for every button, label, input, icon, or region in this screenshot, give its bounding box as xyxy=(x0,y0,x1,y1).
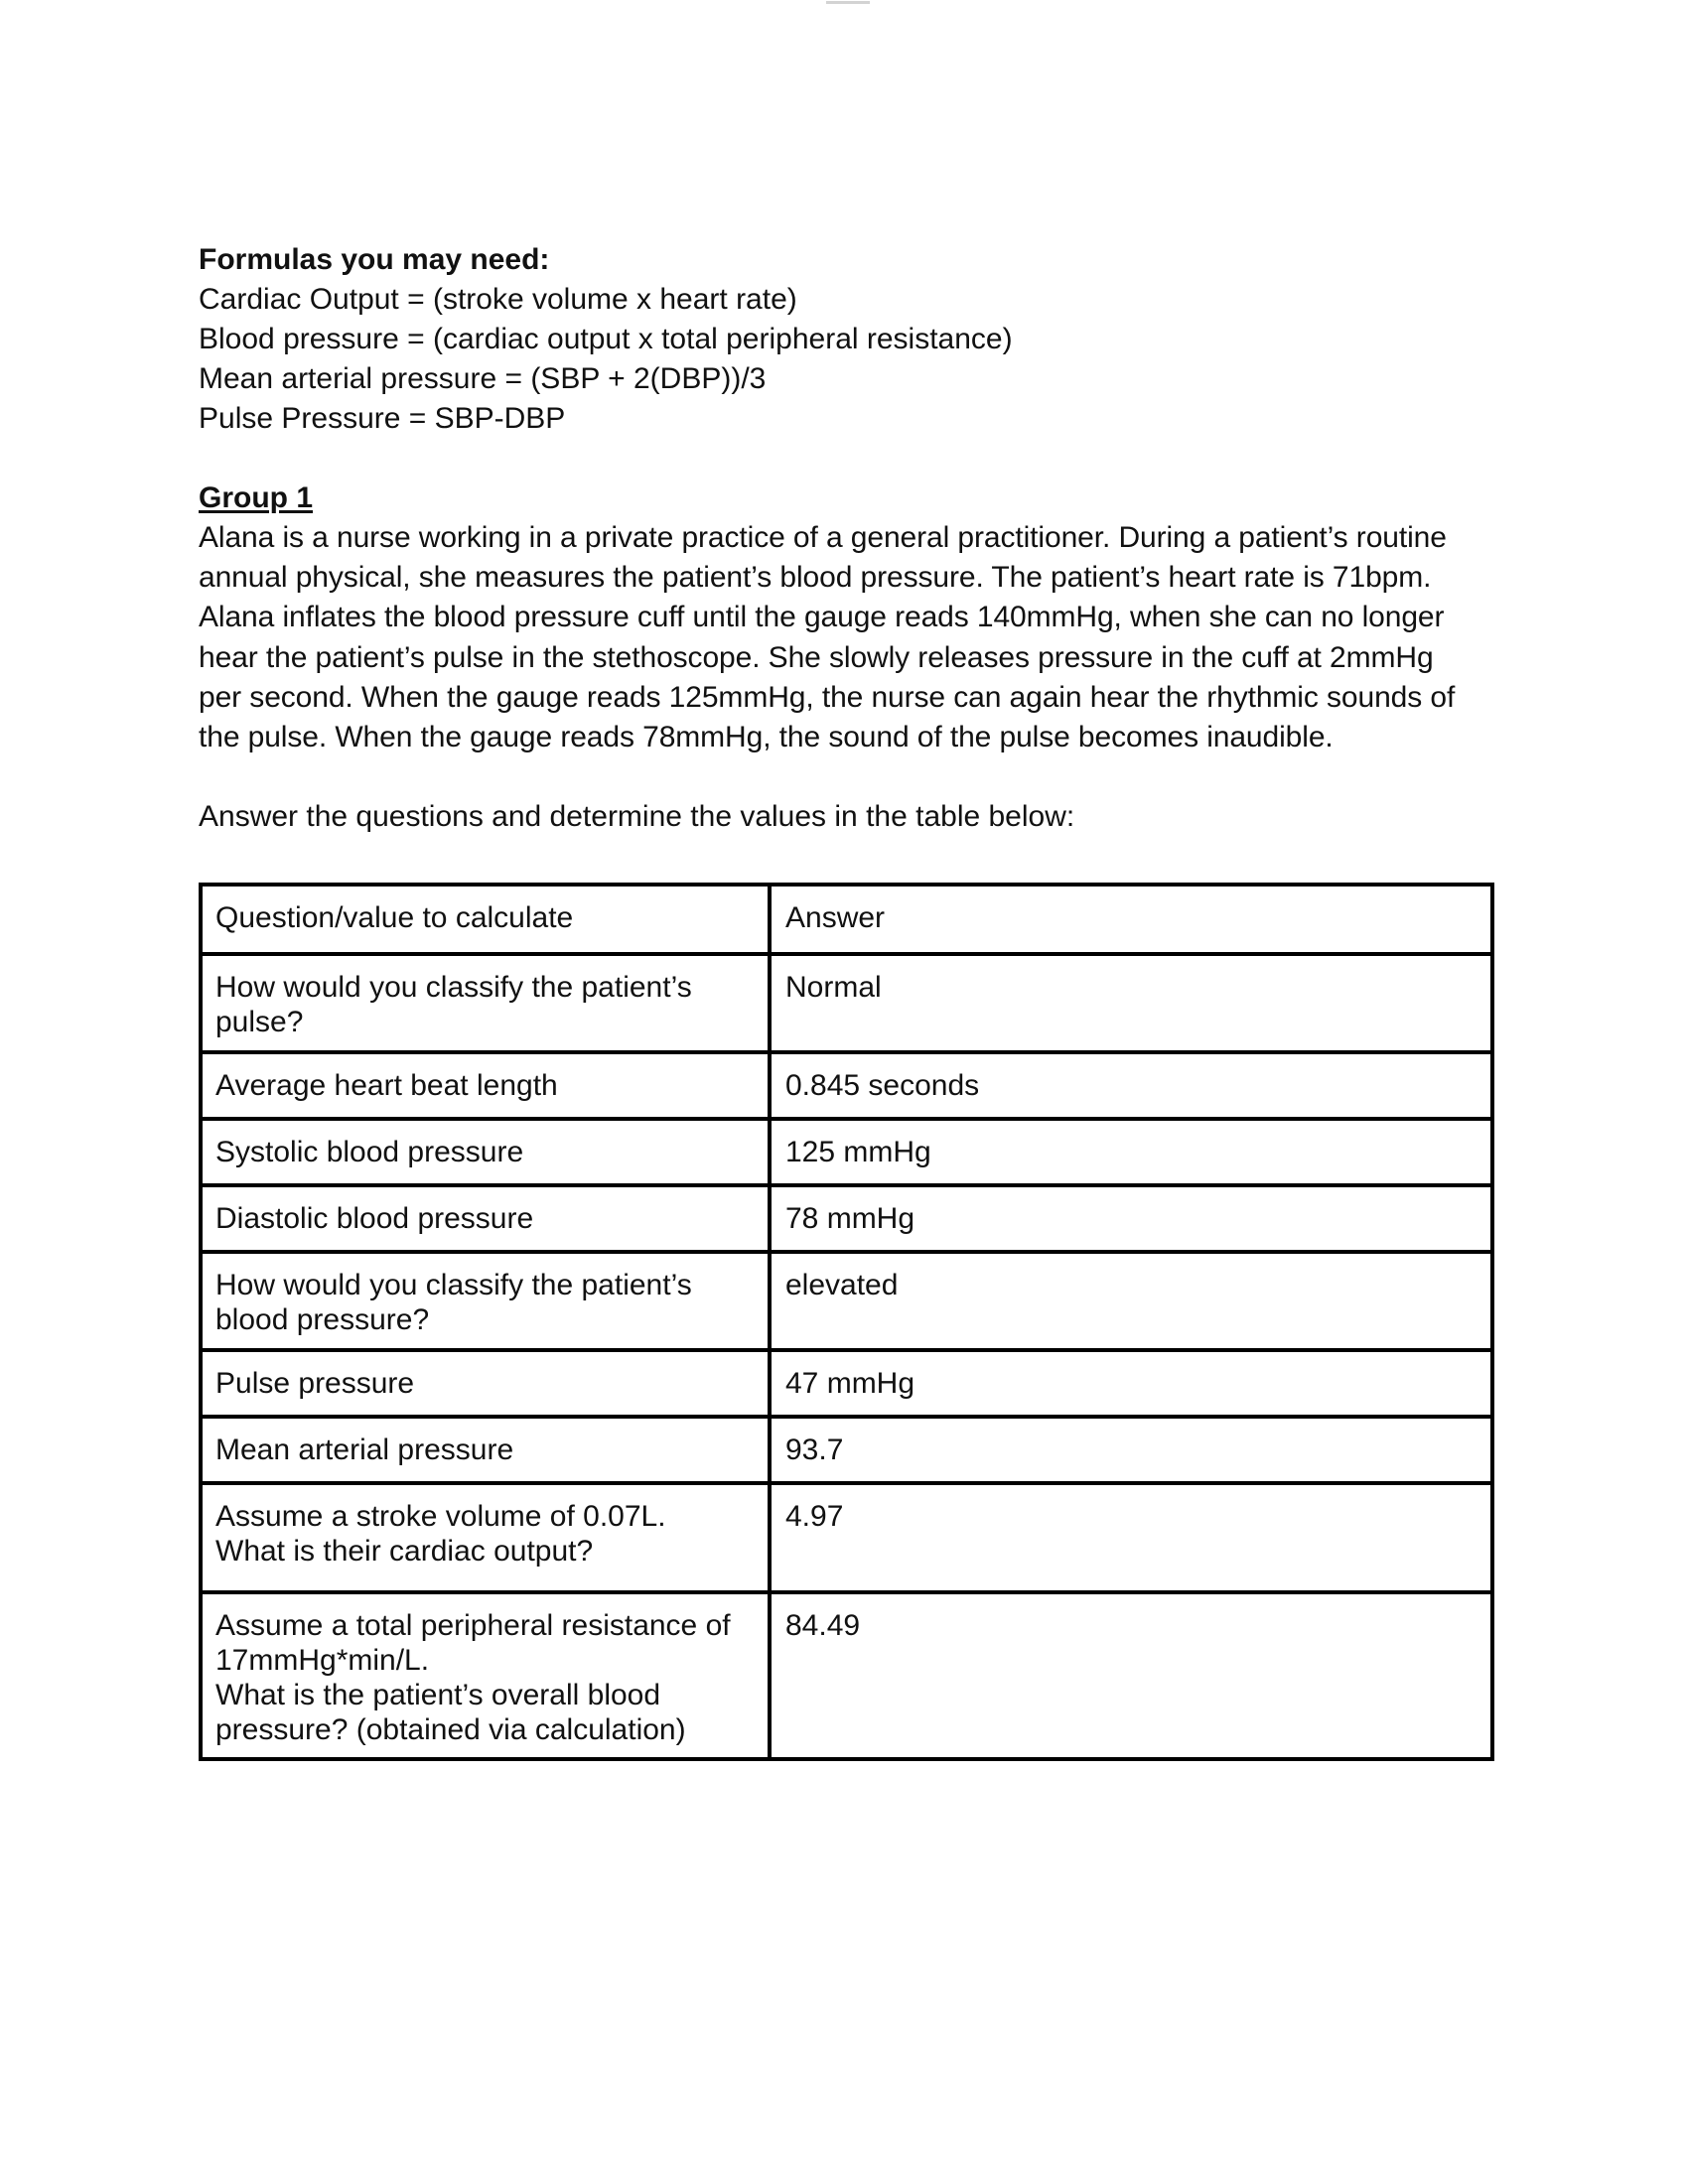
group-heading: Group 1 xyxy=(199,478,1499,518)
scenario-line: per second. When the gauge reads 125mmHg… xyxy=(199,678,1501,718)
formulas-heading: Formulas you may need: xyxy=(199,240,1499,280)
table-row: Systolic blood pressure 125 mmHg xyxy=(201,1119,1492,1185)
table-row: Mean arterial pressure 93.7 xyxy=(201,1417,1492,1483)
answer-cell: Normal xyxy=(770,954,1492,1052)
question-cell: How would you classify the patient’s pul… xyxy=(201,954,770,1052)
formula-pulse-pressure: Pulse Pressure = SBP-DBP xyxy=(199,399,1499,439)
formula-mean-arterial-pressure: Mean arterial pressure = (SBP + 2(DBP))/… xyxy=(199,359,1499,399)
table-header-row: Question/value to calculate Answer xyxy=(201,885,1492,954)
answer-cell: elevated xyxy=(770,1252,1492,1350)
question-line: 17mmHg*min/L. xyxy=(215,1643,756,1678)
scenario-paragraph: Alana is a nurse working in a private pr… xyxy=(199,518,1501,757)
scenario-line: hear the patient’s pulse in the stethosc… xyxy=(199,638,1501,678)
question-line: Assume a total peripheral resistance of xyxy=(215,1608,756,1643)
question-cell: How would you classify the patient’s blo… xyxy=(201,1252,770,1350)
answer-cell: 84.49 xyxy=(770,1592,1492,1759)
answer-cell: 4.97 xyxy=(770,1483,1492,1592)
table-row: How would you classify the patient’s blo… xyxy=(201,1252,1492,1350)
document-page: Formulas you may need: Cardiac Output = … xyxy=(199,240,1499,837)
scenario-line: annual physical, she measures the patien… xyxy=(199,558,1501,598)
answer-table: Question/value to calculate Answer How w… xyxy=(199,883,1494,1761)
formula-blood-pressure: Blood pressure = (cardiac output x total… xyxy=(199,320,1499,359)
question-line: pressure? (obtained via calculation) xyxy=(215,1712,756,1747)
question-line: pulse? xyxy=(215,1005,756,1039)
header-question: Question/value to calculate xyxy=(201,885,770,954)
question-cell: Average heart beat length xyxy=(201,1052,770,1119)
question-cell: Diastolic blood pressure xyxy=(201,1185,770,1252)
question-line: What is their cardiac output? xyxy=(215,1534,756,1569)
table-row: Assume a stroke volume of 0.07L. What is… xyxy=(201,1483,1492,1592)
question-line: What is the patient’s overall blood xyxy=(215,1678,756,1712)
answer-cell: 93.7 xyxy=(770,1417,1492,1483)
answer-cell: 125 mmHg xyxy=(770,1119,1492,1185)
question-line: blood pressure? xyxy=(215,1302,756,1337)
table-row: Average heart beat length 0.845 seconds xyxy=(201,1052,1492,1119)
question-cell: Mean arterial pressure xyxy=(201,1417,770,1483)
table-row: Diastolic blood pressure 78 mmHg xyxy=(201,1185,1492,1252)
header-watermark xyxy=(826,1,870,4)
scenario-line: Alana is a nurse working in a private pr… xyxy=(199,518,1501,558)
scenario-line: the pulse. When the gauge reads 78mmHg, … xyxy=(199,718,1501,757)
question-cell: Pulse pressure xyxy=(201,1350,770,1417)
question-line: How would you classify the patient’s xyxy=(215,1268,756,1302)
question-cell: Assume a stroke volume of 0.07L. What is… xyxy=(201,1483,770,1592)
question-line: Assume a stroke volume of 0.07L. xyxy=(215,1499,756,1534)
formula-cardiac-output: Cardiac Output = (stroke volume x heart … xyxy=(199,280,1499,320)
instructions-text: Answer the questions and determine the v… xyxy=(199,797,1499,837)
question-line: How would you classify the patient’s xyxy=(215,970,756,1005)
question-cell: Assume a total peripheral resistance of … xyxy=(201,1592,770,1759)
answer-cell: 78 mmHg xyxy=(770,1185,1492,1252)
table-row: How would you classify the patient’s pul… xyxy=(201,954,1492,1052)
scenario-line: Alana inflates the blood pressure cuff u… xyxy=(199,598,1501,637)
table-row: Pulse pressure 47 mmHg xyxy=(201,1350,1492,1417)
question-cell: Systolic blood pressure xyxy=(201,1119,770,1185)
header-answer: Answer xyxy=(770,885,1492,954)
table-row: Assume a total peripheral resistance of … xyxy=(201,1592,1492,1759)
answer-cell: 0.845 seconds xyxy=(770,1052,1492,1119)
answer-cell: 47 mmHg xyxy=(770,1350,1492,1417)
